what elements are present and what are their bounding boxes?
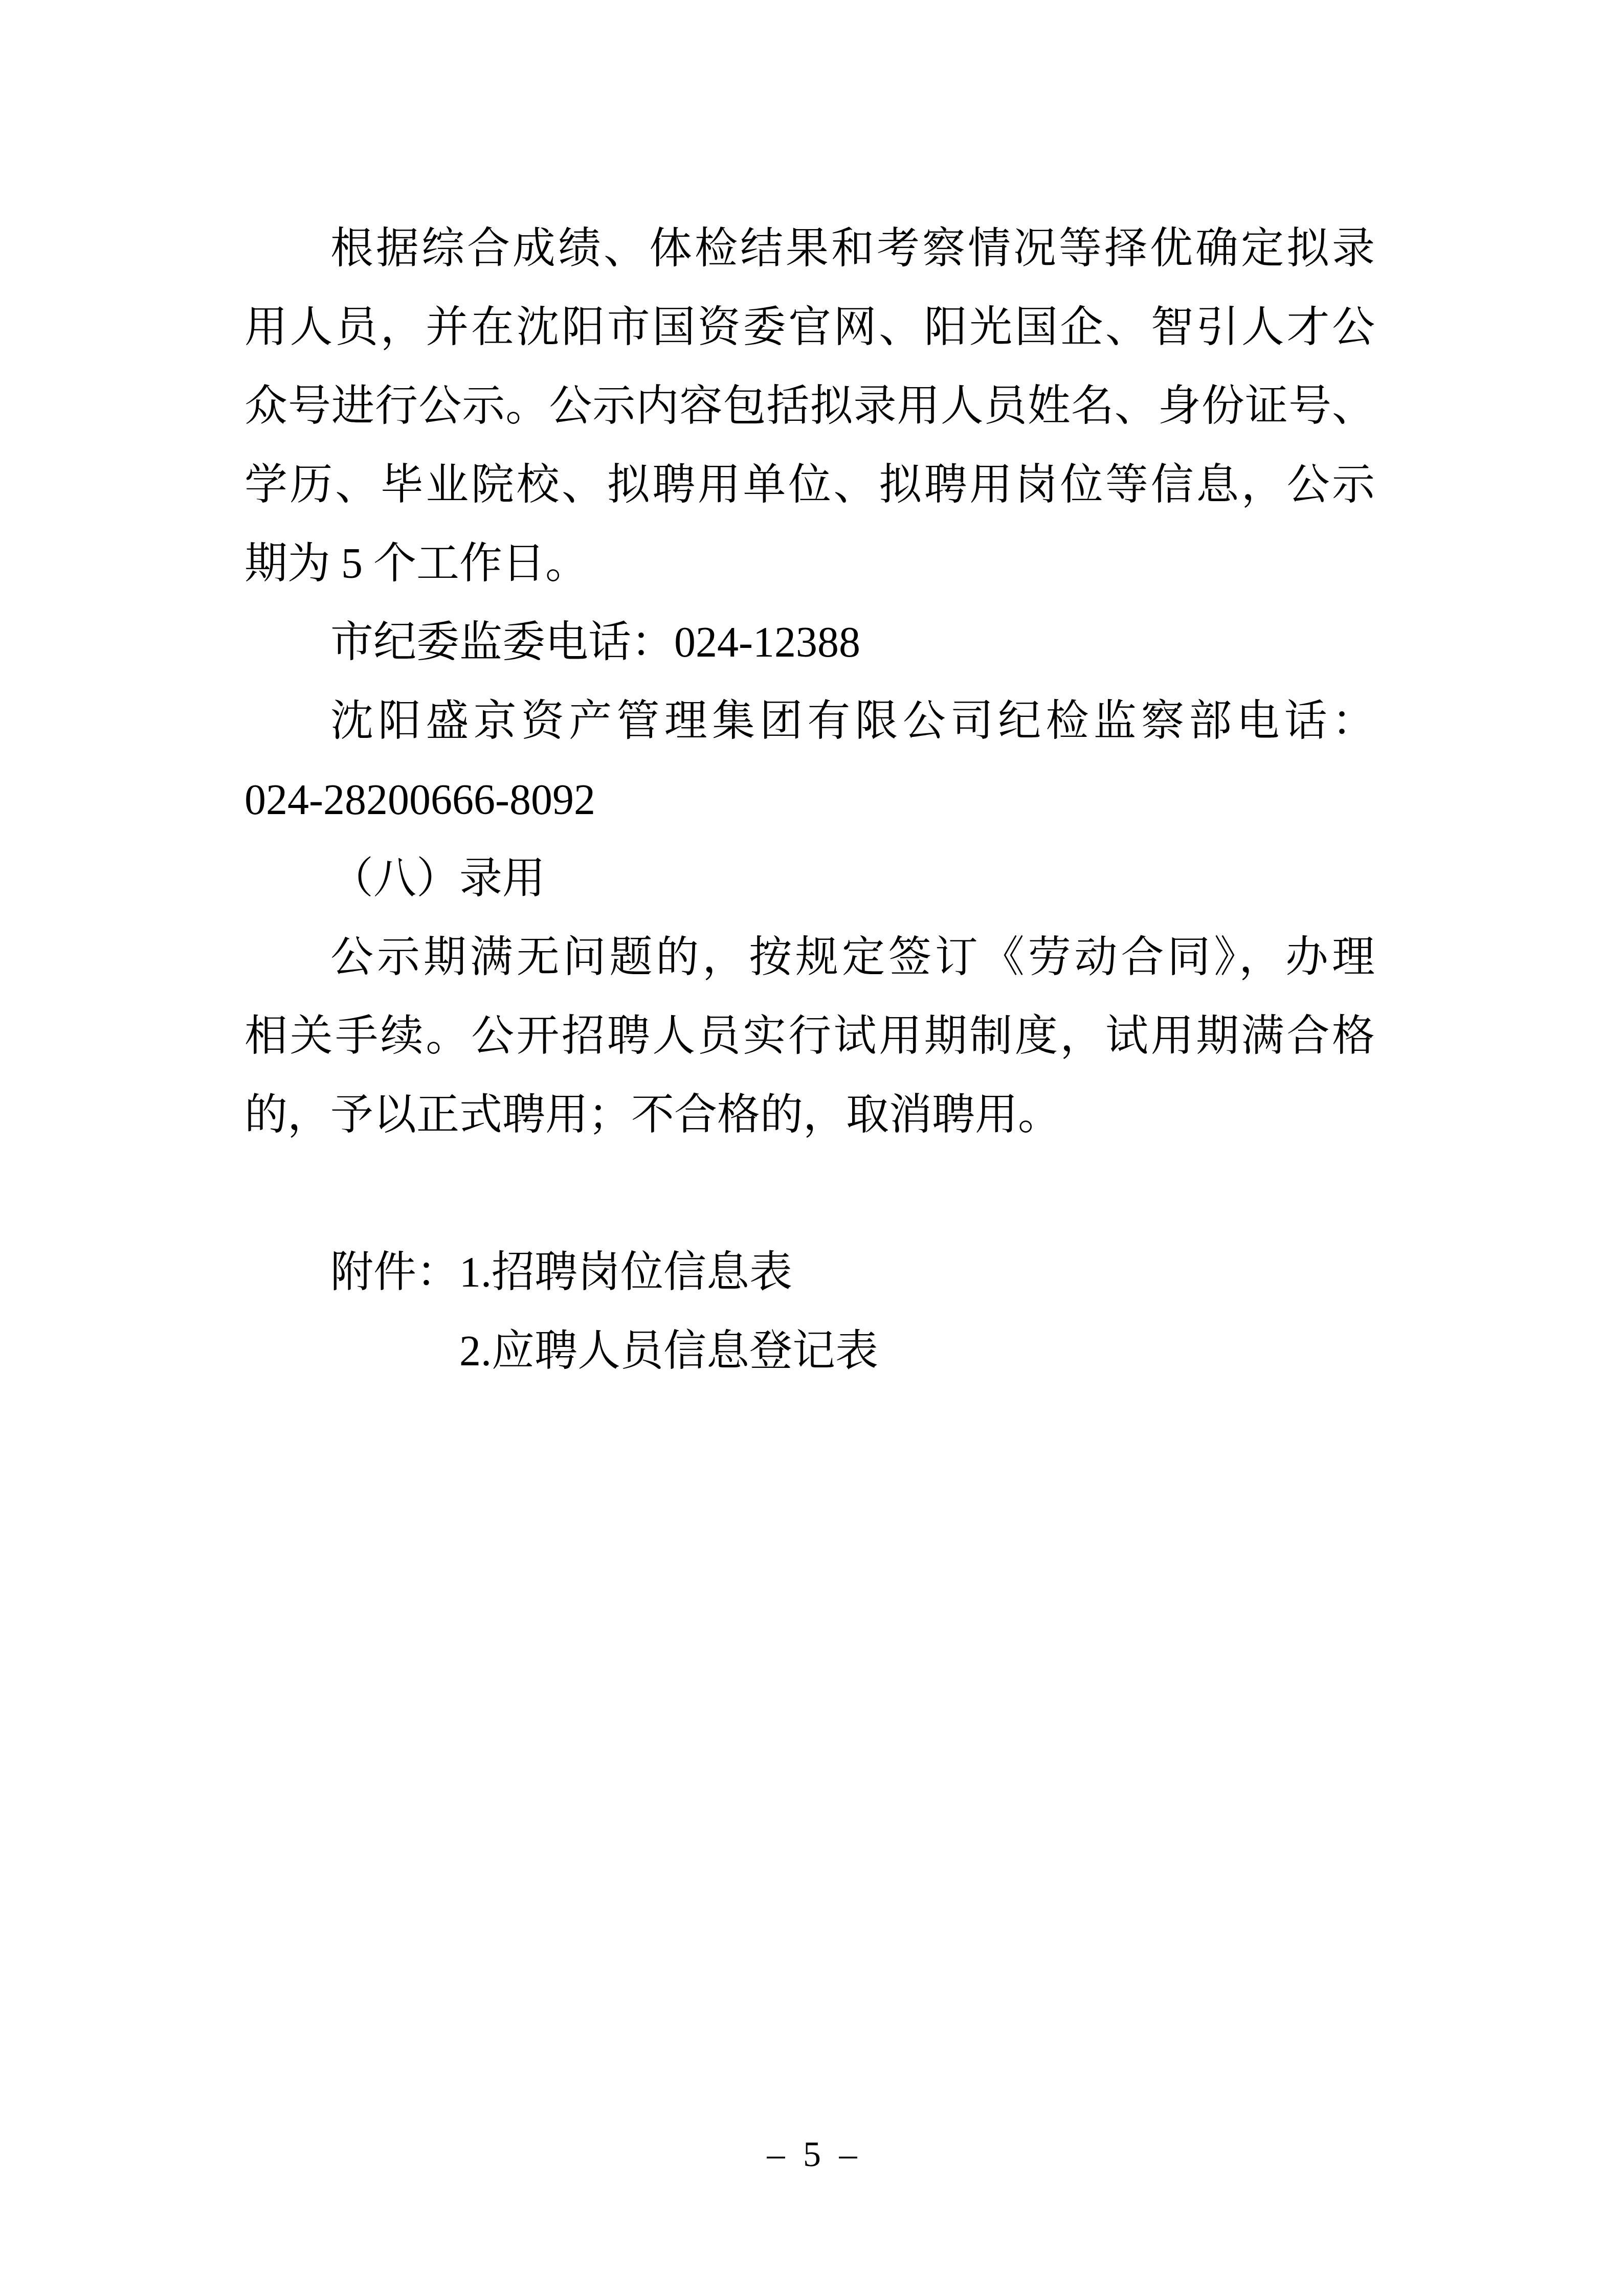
document-body: 根据综合成绩、体检结果和考察情况等择优确定拟录 用人员，并在沈阳市国资委官网、阳…: [244, 210, 1375, 1391]
paragraph-publicity-line: 用人员，并在沈阳市国资委官网、阳光国企、智引人才公: [244, 288, 1375, 367]
phone-group-line: 沈阳盛京资产管理集团有限公司纪检监察部电话：: [244, 682, 1375, 761]
paragraph-hiring-line: 相关手续。公开招聘人员实行试用期制度，试用期满合格: [244, 997, 1375, 1076]
paragraph-publicity-line: 学历、毕业院校、拟聘用单位、拟聘用岗位等信息，公示: [244, 446, 1375, 525]
phone-jiwei-line: 市纪委监委电话：024-12388: [244, 603, 1375, 682]
paragraph-hiring-line: 的，予以正式聘用；不合格的，取消聘用。: [244, 1076, 1375, 1155]
attachment-line-2: 2.应聘人员信息登记表: [459, 1312, 1375, 1391]
paragraph-publicity-line: 根据综合成绩、体检结果和考察情况等择优确定拟录: [244, 210, 1375, 288]
paragraph-publicity-line: 众号进行公示。公示内容包括拟录用人员姓名、身份证号、: [244, 367, 1375, 446]
blank-line: [244, 1155, 1375, 1233]
paragraph-publicity-line: 期为 5 个工作日。: [244, 525, 1375, 603]
section-heading-luyong: （八）录用: [244, 840, 1375, 918]
page-number: – 5 –: [0, 2126, 1624, 2184]
phone-group-number-line: 024-28200666-8092: [244, 761, 1375, 840]
paragraph-hiring-line: 公示期满无问题的，按规定签订《劳动合同》，办理: [244, 918, 1375, 997]
attachment-line-1: 附件：1.招聘岗位信息表: [244, 1233, 1375, 1312]
